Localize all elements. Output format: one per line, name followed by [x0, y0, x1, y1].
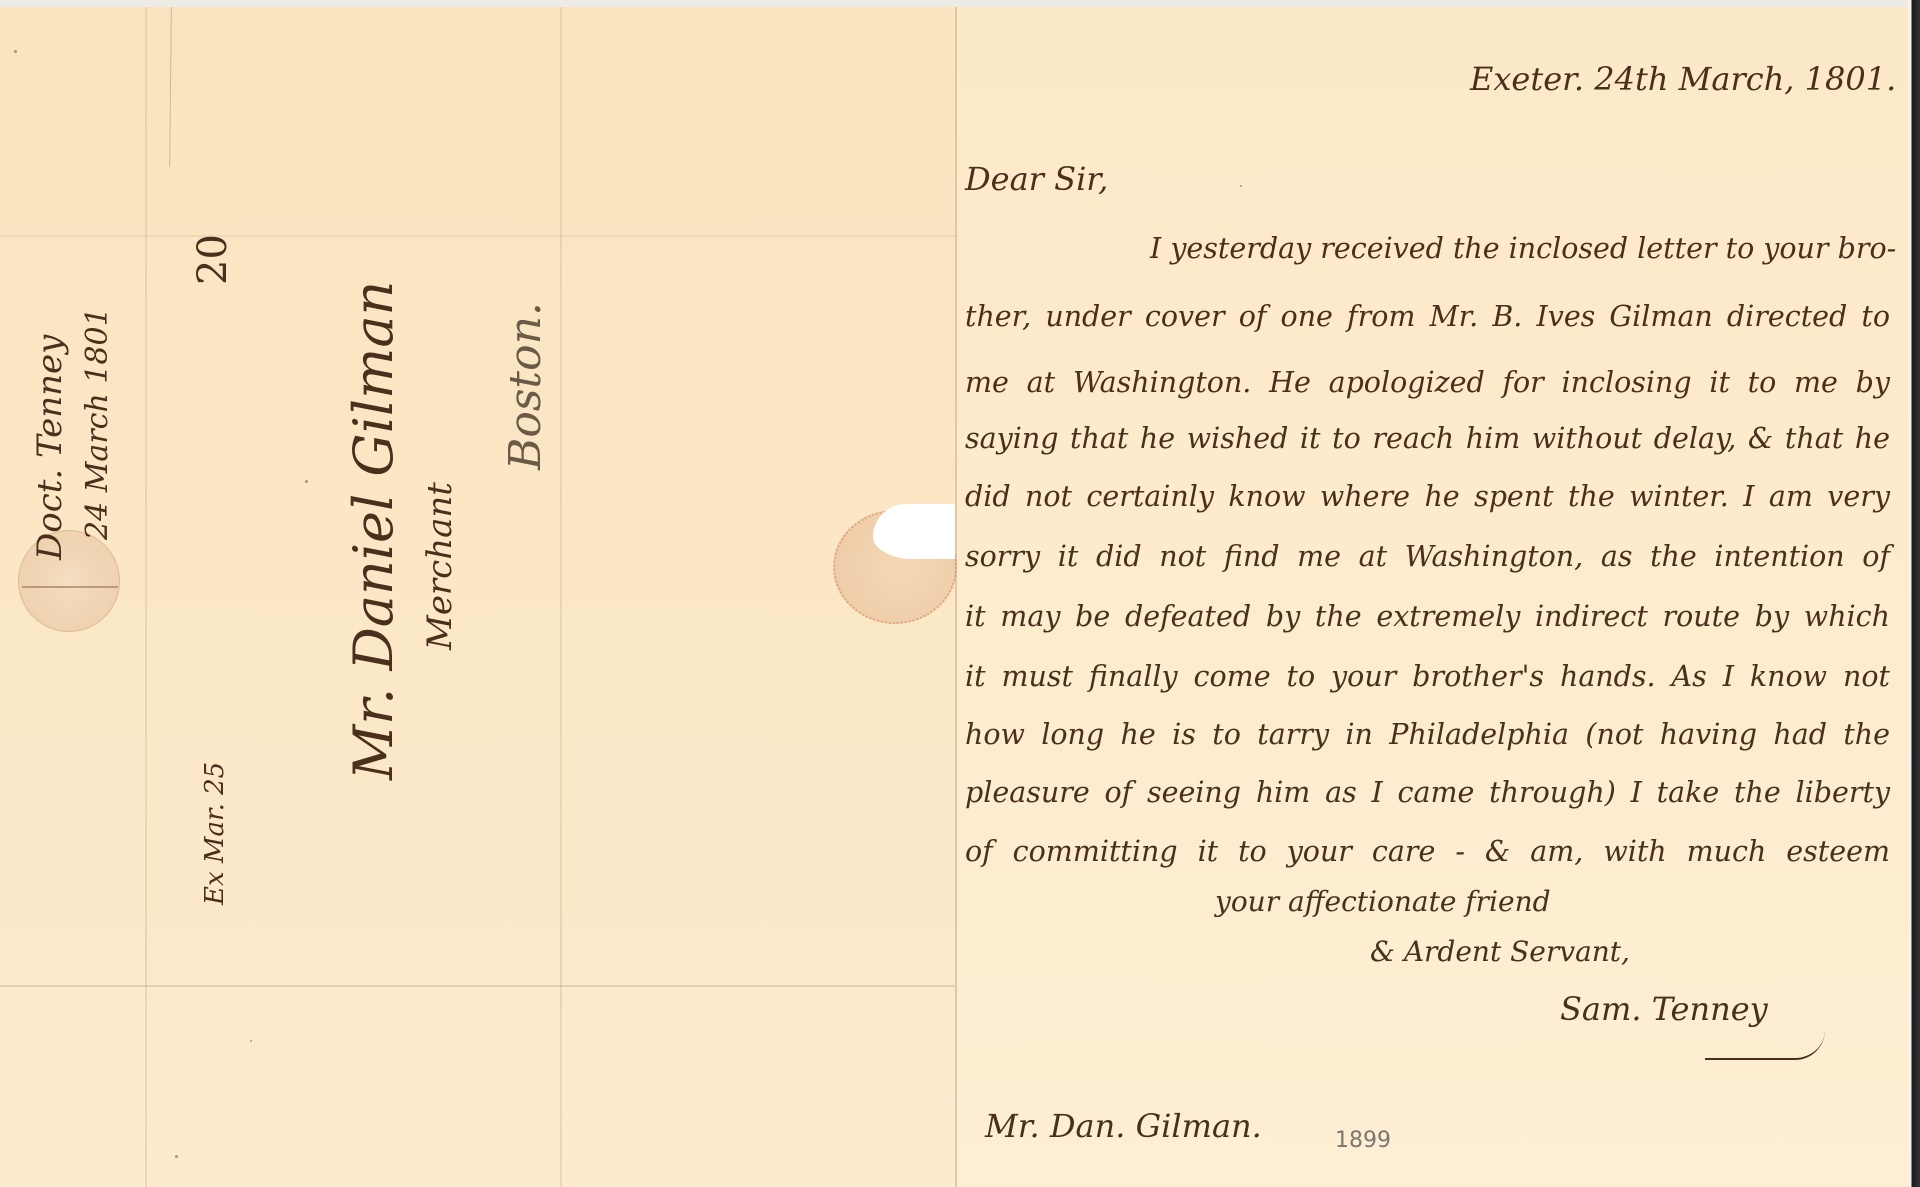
fold-line — [560, 7, 562, 1187]
body-line: pleasure of seeing him as I came through… — [965, 776, 1890, 809]
body-line: ther, under cover of one from Mr. B. Ive… — [965, 300, 1890, 333]
letter-body: Exeter. 24th March, 1801. Dear Sir, I ye… — [965, 0, 1905, 1187]
body-line: of committing it to your care - & am, wi… — [965, 835, 1890, 868]
recipient-occupation: Merchant — [420, 482, 460, 650]
docket-author: Doct. Tenney — [30, 335, 70, 560]
body-line: it must finally come to your brother's h… — [965, 660, 1890, 693]
postage-number: 20 — [190, 234, 236, 285]
signature-flourish — [1705, 1030, 1825, 1060]
archive-pencil-number: 1899 — [1335, 1128, 1391, 1153]
body-line: sorry it did not find me at Washington, … — [965, 540, 1890, 573]
body-line: I yesterday received the inclosed letter… — [1150, 232, 1890, 265]
dateline: Exeter. 24th March, 1801. — [1470, 60, 1896, 98]
document-scan: Doct. Tenney 24 March 1801 20 Mr. Daniel… — [0, 0, 1920, 1187]
docket-date: 24 March 1801 — [80, 307, 115, 540]
closing-line: your affectionate friend — [1215, 885, 1551, 918]
center-fold-line — [955, 7, 957, 1187]
body-line: how long he is to tarry in Philadelphia … — [965, 718, 1890, 751]
address-panel — [0, 7, 955, 1187]
closing-line: & Ardent Servant, — [1370, 935, 1630, 968]
scan-right-edge — [1908, 0, 1920, 1187]
seal-tear-hole — [873, 504, 955, 559]
fold-line — [0, 985, 955, 987]
fold-line — [0, 235, 955, 237]
recipient-city: Boston. — [500, 302, 551, 470]
body-line: me at Washington. He apologized for incl… — [965, 366, 1890, 399]
body-line: did not certainly know where he spent th… — [965, 480, 1890, 513]
addressee-footer: Mr. Dan. Gilman. — [985, 1107, 1262, 1145]
postmark-note: Ex Mar. 25 — [200, 762, 230, 905]
body-line: saying that he wished it to reach him wi… — [965, 422, 1890, 455]
seal-crack — [22, 586, 118, 588]
signature: Sam. Tenney — [1560, 990, 1768, 1028]
recipient-name: Mr. Daniel Gilman — [342, 281, 405, 780]
fold-line — [145, 7, 147, 1187]
body-line: it may be defeated by the extremely indi… — [965, 600, 1890, 633]
salutation: Dear Sir, — [965, 160, 1108, 198]
